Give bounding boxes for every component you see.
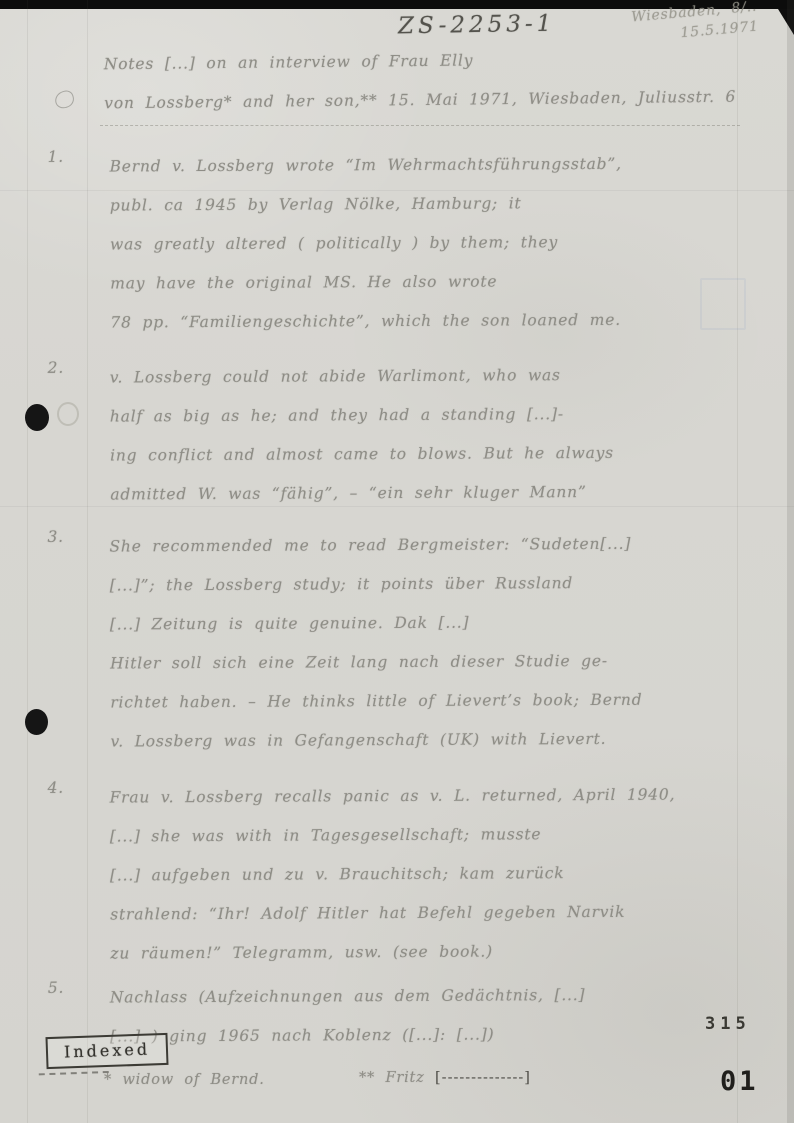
handwritten-line: She recommended me to read Bergmeister: … <box>109 524 793 567</box>
note-number: 4. <box>47 779 87 797</box>
handwritten-line: strahlend: “Ihr! Adolf Hitler hat Befehl… <box>110 892 794 935</box>
handwritten-line: [...]”; the Lossberg study; it points üb… <box>110 563 794 606</box>
handwritten-line: v. Lossberg could not abide Warlimont, w… <box>110 355 794 398</box>
handwritten-line: [...] she was with in Tagesgesellschaft;… <box>110 814 794 857</box>
note-lines: Nachlass (Aufzeichnungen aus dem Gedächt… <box>110 975 794 1057</box>
note-number: 3. <box>47 528 87 546</box>
handwritten-line: Frau v. Lossberg recalls panic as v. L. … <box>109 775 793 818</box>
handwritten-line: publ. ca 1945 by Verlag Nölke, Hamburg; … <box>110 183 794 226</box>
indexed-stamp: Indexed <box>45 1033 168 1069</box>
note-lines: Frau v. Lossberg recalls panic as v. L. … <box>109 775 794 974</box>
note-lines: v. Lossberg could not abide Warlimont, w… <box>110 355 794 515</box>
note-item: 3.She recommended me to read Bergmeister… <box>0 524 794 762</box>
footnote-dashes: [--------------] <box>435 1070 531 1086</box>
notes-list: 1.Bernd v. Lossberg wrote “Im Wehrmachts… <box>0 146 794 1069</box>
note-lines: She recommended me to read Bergmeister: … <box>109 524 794 762</box>
frame-number-stamp: 01 <box>720 1066 759 1097</box>
handwritten-line: Hitler soll sich eine Zeit lang nach die… <box>110 641 794 684</box>
note-item: 1.Bernd v. Lossberg wrote “Im Wehrmachts… <box>0 144 794 343</box>
document-title: Notes [...] on an interview of Frau Elly… <box>104 39 737 124</box>
footnote-widow: * widow of Bernd. <box>104 1072 265 1088</box>
note-item: 2.v. Lossberg could not abide Warlimont,… <box>0 355 794 515</box>
handwritten-line: ing conflict and almost came to blows. B… <box>110 433 794 476</box>
handwritten-line: admitted W. was “fähig”, – “ein sehr klu… <box>110 472 794 515</box>
pencil-circle-mark <box>53 89 76 110</box>
handwritten-line: [...] Zeitung is quite genuine. Dak [...… <box>110 602 794 645</box>
title-line-1: Notes [...] on an interview of Frau Elly <box>104 39 736 85</box>
handwritten-line: Nachlass (Aufzeichnungen aus dem Gedächt… <box>110 975 794 1018</box>
scanned-document-page: ZS-2253-1 Wiesbaden, 8/.. 15.5.1971 Note… <box>0 0 794 1123</box>
handwritten-line: richtet haben. – He thinks little of Lie… <box>110 680 794 723</box>
handwritten-line: [...] aufgeben und zu v. Brauchitsch; ka… <box>110 853 794 896</box>
handwritten-line: [...] ) ging 1965 nach Koblenz ([...]: [… <box>110 1014 794 1057</box>
handwritten-line: 78 pp. “Familiengeschichte”, which the s… <box>110 300 794 343</box>
note-number: 5. <box>48 979 88 997</box>
footnote-fritz-text: ** Fritz <box>359 1070 435 1086</box>
handwritten-line: zu räumen!” Telegramm, usw. (see book.) <box>110 931 794 974</box>
handwritten-line: Bernd v. Lossberg wrote “Im Wehrmachtsfü… <box>109 144 793 187</box>
title-line-2: von Lossberg* and her son,** 15. Mai 197… <box>104 78 736 124</box>
note-number: 1. <box>47 148 87 166</box>
handwritten-line: may have the original MS. He also wrote <box>110 261 794 304</box>
handwritten-line: was greatly altered ( politically ) by t… <box>110 222 794 265</box>
note-item: 4.Frau v. Lossberg recalls panic as v. L… <box>0 775 794 974</box>
page-number-stamp: 315 <box>705 1014 751 1034</box>
handwritten-line: v. Lossberg was in Gefangenschaft (UK) w… <box>110 719 794 762</box>
title-underline <box>100 125 740 126</box>
footnote-fritz: ** Fritz [--------------] <box>359 1070 531 1086</box>
note-number: 2. <box>48 359 88 377</box>
note-lines: Bernd v. Lossberg wrote “Im Wehrmachtsfü… <box>109 144 794 343</box>
handwritten-line: half as big as he; and they had a standi… <box>110 394 794 437</box>
document-reference: ZS-2253-1 <box>398 11 556 40</box>
